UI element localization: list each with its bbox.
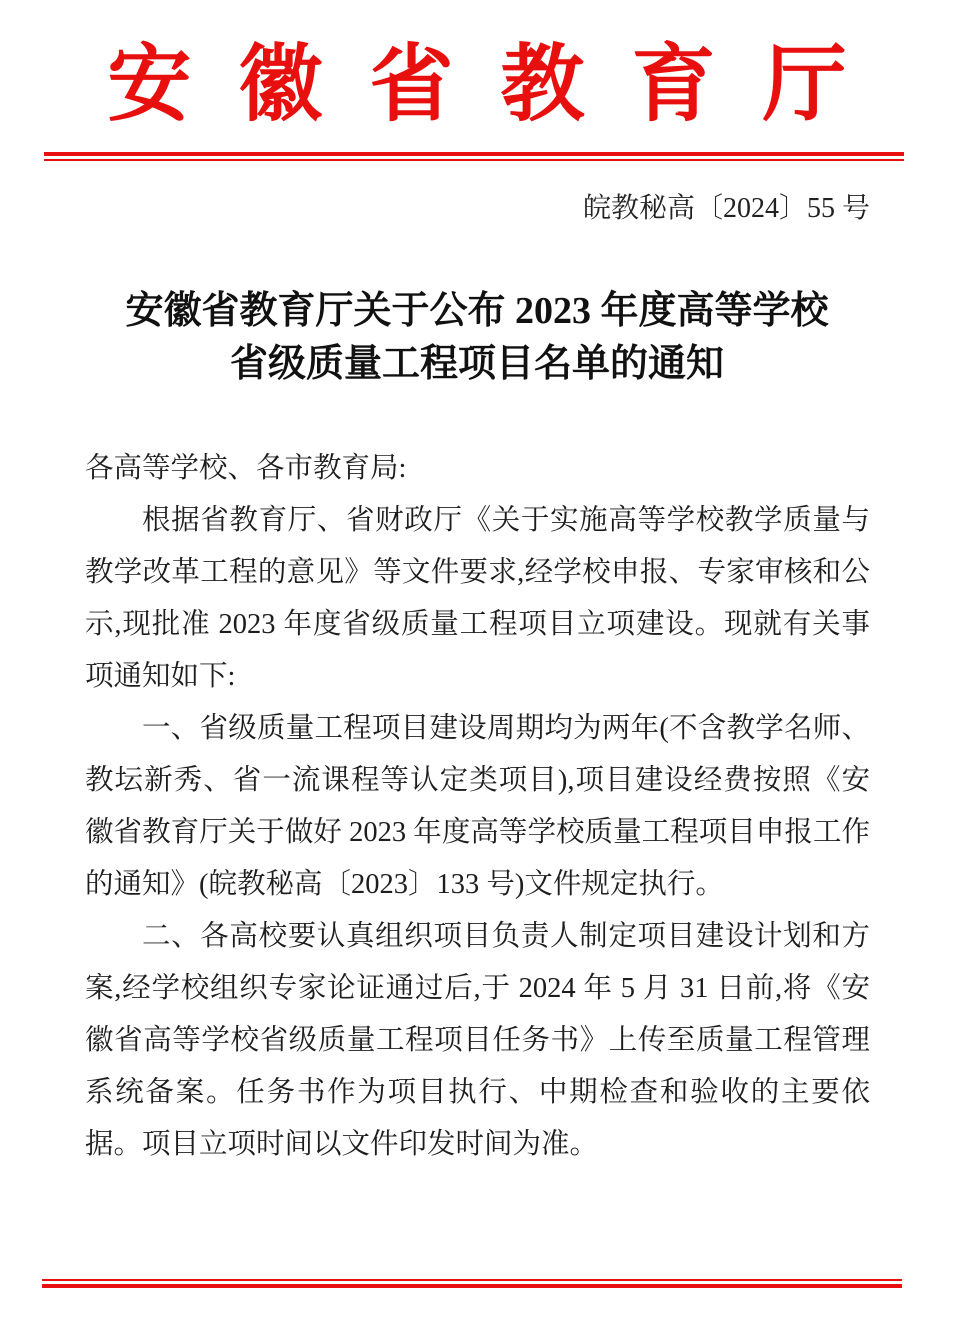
document-title-line2: 省级质量工程项目名单的通知 bbox=[55, 338, 899, 391]
document-number: 皖教秘高〔2024〕55 号 bbox=[0, 193, 954, 225]
letterhead-agency-name: 安徽省教育厅 bbox=[0, 0, 954, 142]
body-paragraph-1: 根据省教育厅、省财政厅《关于实施高等学校教学质量与教学改革工程的意见》等文件要求… bbox=[85, 495, 870, 703]
salutation: 各高等学校、各市教育局: bbox=[85, 443, 870, 495]
footer-divider bbox=[42, 1279, 902, 1288]
document-page: 安徽省教育厅 皖教秘高〔2024〕55 号 安徽省教育厅关于公布 2023 年度… bbox=[0, 0, 954, 1326]
document-title-line1: 安徽省教育厅关于公布 2023 年度高等学校 bbox=[55, 285, 899, 338]
header-divider bbox=[44, 152, 904, 161]
body-paragraph-3: 二、各高校要认真组织项目负责人制定项目建设计划和方案,经学校组织专家论证通过后,… bbox=[85, 911, 870, 1171]
document-body: 各高等学校、各市教育局: 根据省教育厅、省财政厅《关于实施高等学校教学质量与教学… bbox=[85, 443, 870, 1171]
document-title: 安徽省教育厅关于公布 2023 年度高等学校 省级质量工程项目名单的通知 bbox=[55, 285, 899, 391]
body-paragraph-2: 一、省级质量工程项目建设周期均为两年(不含教学名师、教坛新秀、省一流课程等认定类… bbox=[85, 703, 870, 911]
agency-name-text: 安徽省教育厅 bbox=[107, 39, 893, 132]
